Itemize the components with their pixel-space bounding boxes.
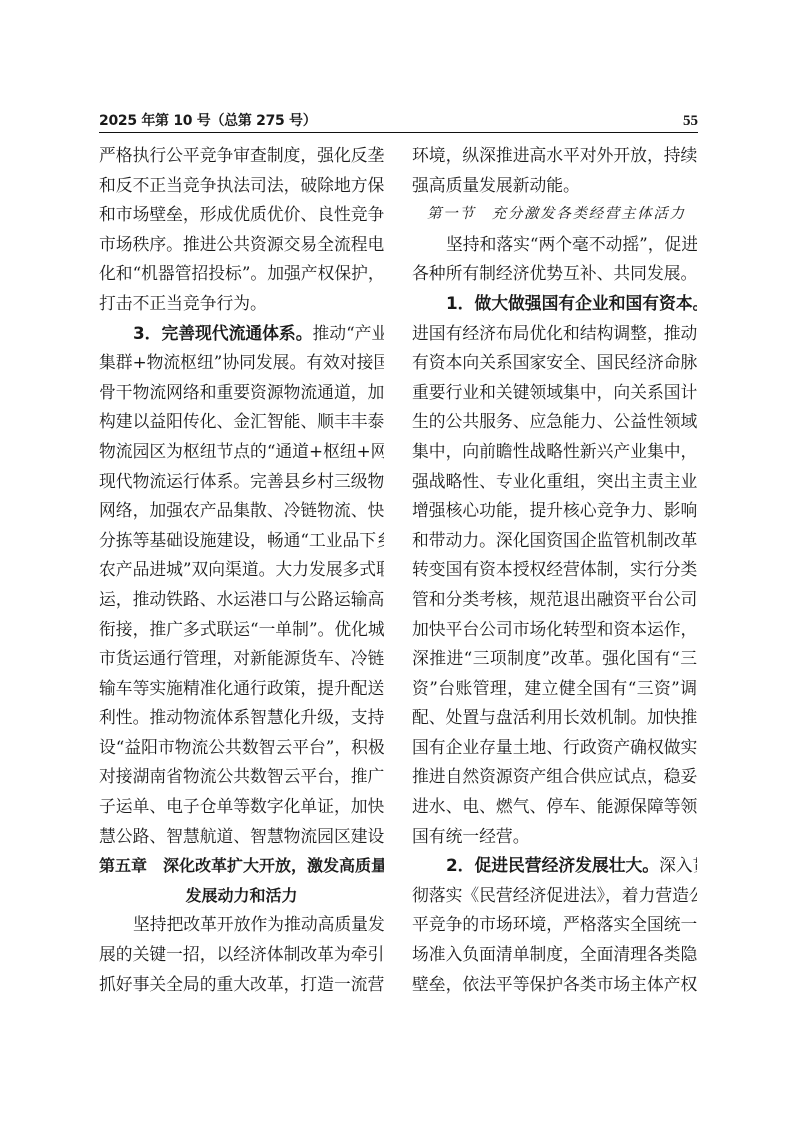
line-text: 进国有经济布局优化和结构调整，推动国 [412, 323, 697, 343]
line-text: 输车等实施精准化通行政策，提升配送便 [99, 678, 384, 698]
line-text: 分拣等基础设施建设，畅通“工业品下乡、 [99, 530, 384, 550]
paragraph-line: 进国有经济布局优化和结构调整，推动国 [412, 319, 697, 349]
numbered-item-heading-line: 3．完善现代流通体系。推动“产业 [99, 319, 384, 349]
line-text: 展的关键一招，以经济体制改革为牵引， [99, 944, 384, 964]
paragraph-line: 严格执行公平竞争审查制度，强化反垄断 [99, 141, 384, 171]
line-text: 集中，向前瞻性战略性新兴产业集中，加 [412, 441, 697, 461]
line-text: 平竞争的市场环境，严格落实全国统一市 [412, 914, 697, 934]
paragraph-line: 各种所有制经济优势互补、共同发展。 [412, 259, 697, 289]
line-text: 有资本向关系国家安全、国民经济命脉的 [412, 352, 697, 372]
line-text: 物流园区为枢纽节点的“通道+枢纽+网络” [99, 441, 384, 461]
line-text: 资”台账管理，建立健全国有“三资”调 [412, 678, 697, 698]
line-text: 增强核心功能，提升核心竞争力、影响力 [412, 500, 697, 520]
paragraph-line: 和反不正当竞争执法司法，破除地方保护 [99, 171, 384, 201]
paragraph-line: 集中，向前瞻性战略性新兴产业集中，加 [412, 437, 697, 467]
right-column: 环境，纵深推进高水平对外开放，持续增强高质量发展新动能。第一节 充分激发各类经营… [412, 141, 697, 999]
line-text: 国有统一经营。 [412, 826, 529, 846]
paragraph-line: 市场秩序。推进公共资源交易全流程电子 [99, 230, 384, 260]
page-number: 55 [683, 113, 698, 130]
line-text: 加快平台公司市场化转型和资本运作，纵 [412, 619, 697, 639]
line-text: 各种所有制经济优势互补、共同发展。 [412, 263, 697, 283]
line-text: 对接湖南省物流公共数智云平台，推广电 [99, 766, 384, 786]
paragraph-line: 网络，加强农产品集散、冷链物流、快递 [99, 496, 384, 526]
paragraph-line: 和带动力。深化国资国企监管机制改革， [412, 526, 697, 556]
line-text: 管和分类考核，规范退出融资平台公司， [412, 589, 697, 609]
item-title: 3．完善现代流通体系。 [133, 323, 313, 343]
paragraph-line: 强战略性、专业化重组，突出主责主业， [412, 467, 697, 497]
paragraph-line: 利性。推动物流体系智慧化升级，支持建 [99, 703, 384, 733]
line-text: 推进自然资源资产组合供应试点，稳妥推 [412, 766, 697, 786]
paragraph-line: 配、处置与盘活利用长效机制。加快推进 [412, 703, 697, 733]
line-text: 深入贯 [659, 855, 697, 875]
chapter-title: 第五章 深化改革扩大开放，激发高质量 [99, 851, 384, 881]
paragraph-line: 管和分类考核，规范退出融资平台公司， [412, 585, 697, 615]
line-text: 农产品进城”双向渠道。大力发展多式联 [99, 559, 384, 579]
line-text: 和反不正当竞争执法司法，破除地方保护 [99, 175, 384, 195]
line-text: 集群+物流枢纽”协同发展。有效对接国家 [99, 352, 384, 372]
paragraph-line: 平竞争的市场环境，严格落实全国统一市 [412, 910, 697, 940]
paragraph-line: 重要行业和关键领域集中，向关系国计民 [412, 378, 697, 408]
paragraph-line: 农产品进城”双向渠道。大力发展多式联 [99, 555, 384, 585]
paragraph-line: 衔接，推广多式联运“一单制”。优化城 [99, 615, 384, 645]
numbered-item-heading-line: 2．促进民营经济发展壮大。深入贯 [412, 851, 697, 881]
line-text: 进水、电、燃气、停车、能源保障等领域 [412, 796, 697, 816]
paragraph-line: 现代物流运行体系。完善县乡村三级物流 [99, 467, 384, 497]
item-title: 2．促进民营经济发展壮大。 [446, 855, 659, 875]
paragraph-line: 加快平台公司市场化转型和资本运作，纵 [412, 615, 697, 645]
paragraph-line: 生的公共服务、应急能力、公益性领域等 [412, 407, 697, 437]
section-title: 第一节 充分激发各类经营主体活力 [412, 200, 697, 230]
line-text: 慧公路、智慧航道、智慧物流园区建设。 [99, 826, 384, 846]
paragraph-line: 展的关键一招，以经济体制改革为牵引， [99, 940, 384, 970]
line-text: 配、处置与盘活利用长效机制。加快推进 [412, 707, 697, 727]
line-text: 抓好事关全局的重大改革，打造一流营商 [99, 974, 384, 994]
paragraph-line: 化和“机器管招投标”。加强产权保护， [99, 259, 384, 289]
line-text: 深推进“三项制度”改革。强化国有“三 [412, 648, 697, 668]
paragraph-line: 慧公路、智慧航道、智慧物流园区建设。 [99, 822, 384, 852]
paragraph-line: 构建以益阳传化、金汇智能、顺丰丰泰等 [99, 407, 384, 437]
paragraph-line: 运，推动铁路、水运港口与公路运输高效 [99, 585, 384, 615]
paragraph-line: 深推进“三项制度”改革。强化国有“三 [412, 644, 697, 674]
left-column: 严格执行公平竞争审查制度，强化反垄断和反不正当竞争执法司法，破除地方保护和市场壁… [99, 141, 384, 999]
line-text: 市货运通行管理，对新能源货车、冷链运 [99, 648, 384, 668]
paragraph-line: 打击不正当竞争行为。 [99, 289, 384, 319]
line-text: 构建以益阳传化、金汇智能、顺丰丰泰等 [99, 411, 384, 431]
line-text: 重要行业和关键领域集中，向关系国计民 [412, 382, 697, 402]
line-text: 市场秩序。推进公共资源交易全流程电子 [99, 234, 384, 254]
line-text: 场准入负面清单制度，全面清理各类隐性 [412, 944, 697, 964]
line-text: 运，推动铁路、水运港口与公路运输高效 [99, 589, 384, 609]
line-text: 衔接，推广多式联运“一单制”。优化城 [99, 619, 384, 639]
line-text: 化和“机器管招投标”。加强产权保护， [99, 263, 384, 283]
paragraph-line: 转变国有资本授权经营体制，实行分类监 [412, 555, 697, 585]
line-text: 生的公共服务、应急能力、公益性领域等 [412, 411, 697, 431]
line-text: 强高质量发展新动能。 [412, 175, 580, 195]
line-text: 转变国有资本授权经营体制，实行分类监 [412, 559, 697, 579]
numbered-item-heading-line: 1．做大做强国有企业和国有资本。推 [412, 289, 697, 319]
paragraph-line: 输车等实施精准化通行政策，提升配送便 [99, 674, 384, 704]
paragraph-line: 强高质量发展新动能。 [412, 171, 697, 201]
paragraph-line: 市货运通行管理，对新能源货车、冷链运 [99, 644, 384, 674]
chapter-title-continued: 发展动力和活力 [99, 881, 384, 911]
paragraph-line: 环境，纵深推进高水平对外开放，持续增 [412, 141, 697, 171]
paragraph-line: 国有企业存量土地、行政资产确权做实， [412, 733, 697, 763]
line-text: 严格执行公平竞争审查制度，强化反垄断 [99, 145, 384, 165]
item-title: 1．做大做强国有企业和国有资本。 [446, 293, 697, 313]
line-text: 第一节 充分激发各类经营主体活力 [427, 206, 685, 222]
line-text: 彻落实《民营经济促进法》，着力营造公 [412, 885, 697, 905]
line-text: 和市场壁垒，形成优质优价、良性竞争的 [99, 204, 384, 224]
paragraph-line: 子运单、电子仓单等数字化单证，加快智 [99, 792, 384, 822]
paragraph-line: 抓好事关全局的重大改革，打造一流营商 [99, 970, 384, 1000]
line-text: 网络，加强农产品集散、冷链物流、快递 [99, 500, 384, 520]
line-text: 坚持和落实“两个毫不动摇”，促进 [446, 234, 697, 254]
running-header: 2025 年第 10 号（总第 275 号） 55 [99, 112, 698, 133]
line-text: 坚持把改革开放作为推动高质量发 [133, 914, 384, 934]
line-text: 第五章 深化改革扩大开放，激发高质量 [99, 856, 384, 875]
line-text: 发展动力和活力 [185, 886, 297, 905]
paragraph-line: 进水、电、燃气、停车、能源保障等领域 [412, 792, 697, 822]
paragraph-line: 对接湖南省物流公共数智云平台，推广电 [99, 762, 384, 792]
paragraph-line: 物流园区为枢纽节点的“通道+枢纽+网络” [99, 437, 384, 467]
issue-label: 2025 年第 10 号（总第 275 号） [99, 110, 316, 130]
paragraph-line: 骨干物流网络和重要资源物流通道，加快 [99, 378, 384, 408]
paragraph-first-line: 坚持和落实“两个毫不动摇”，促进 [412, 230, 697, 260]
paragraph-line: 彻落实《民营经济促进法》，着力营造公 [412, 881, 697, 911]
line-text: 国有企业存量土地、行政资产确权做实， [412, 737, 697, 757]
paragraph-first-line: 坚持把改革开放作为推动高质量发 [99, 910, 384, 940]
paragraph-line: 和市场壁垒，形成优质优价、良性竞争的 [99, 200, 384, 230]
paragraph-line: 国有统一经营。 [412, 822, 697, 852]
line-text: 现代物流运行体系。完善县乡村三级物流 [99, 471, 384, 491]
line-text: 环境，纵深推进高水平对外开放，持续增 [412, 145, 697, 165]
line-text: 壁垒，依法平等保护各类市场主体产权和 [412, 974, 697, 994]
line-text: 打击不正当竞争行为。 [99, 293, 267, 313]
paragraph-line: 有资本向关系国家安全、国民经济命脉的 [412, 348, 697, 378]
line-text: 子运单、电子仓单等数字化单证，加快智 [99, 796, 384, 816]
paragraph-line: 场准入负面清单制度，全面清理各类隐性 [412, 940, 697, 970]
line-text: 推动“产业 [313, 323, 385, 343]
line-text: 利性。推动物流体系智慧化升级，支持建 [99, 707, 384, 727]
line-text: 和带动力。深化国资国企监管机制改革， [412, 530, 697, 550]
paragraph-line: 推进自然资源资产组合供应试点，稳妥推 [412, 762, 697, 792]
line-text: 骨干物流网络和重要资源物流通道，加快 [99, 382, 384, 402]
paragraph-line: 资”台账管理，建立健全国有“三资”调 [412, 674, 697, 704]
line-text: 强战略性、专业化重组，突出主责主业， [412, 471, 697, 491]
line-text: 设“益阳市物流公共数智云平台”，积极 [99, 737, 384, 757]
paragraph-line: 壁垒，依法平等保护各类市场主体产权和 [412, 970, 697, 1000]
paragraph-line: 分拣等基础设施建设，畅通“工业品下乡、 [99, 526, 384, 556]
paragraph-line: 集群+物流枢纽”协同发展。有效对接国家 [99, 348, 384, 378]
paragraph-line: 增强核心功能，提升核心竞争力、影响力 [412, 496, 697, 526]
paragraph-line: 设“益阳市物流公共数智云平台”，积极 [99, 733, 384, 763]
